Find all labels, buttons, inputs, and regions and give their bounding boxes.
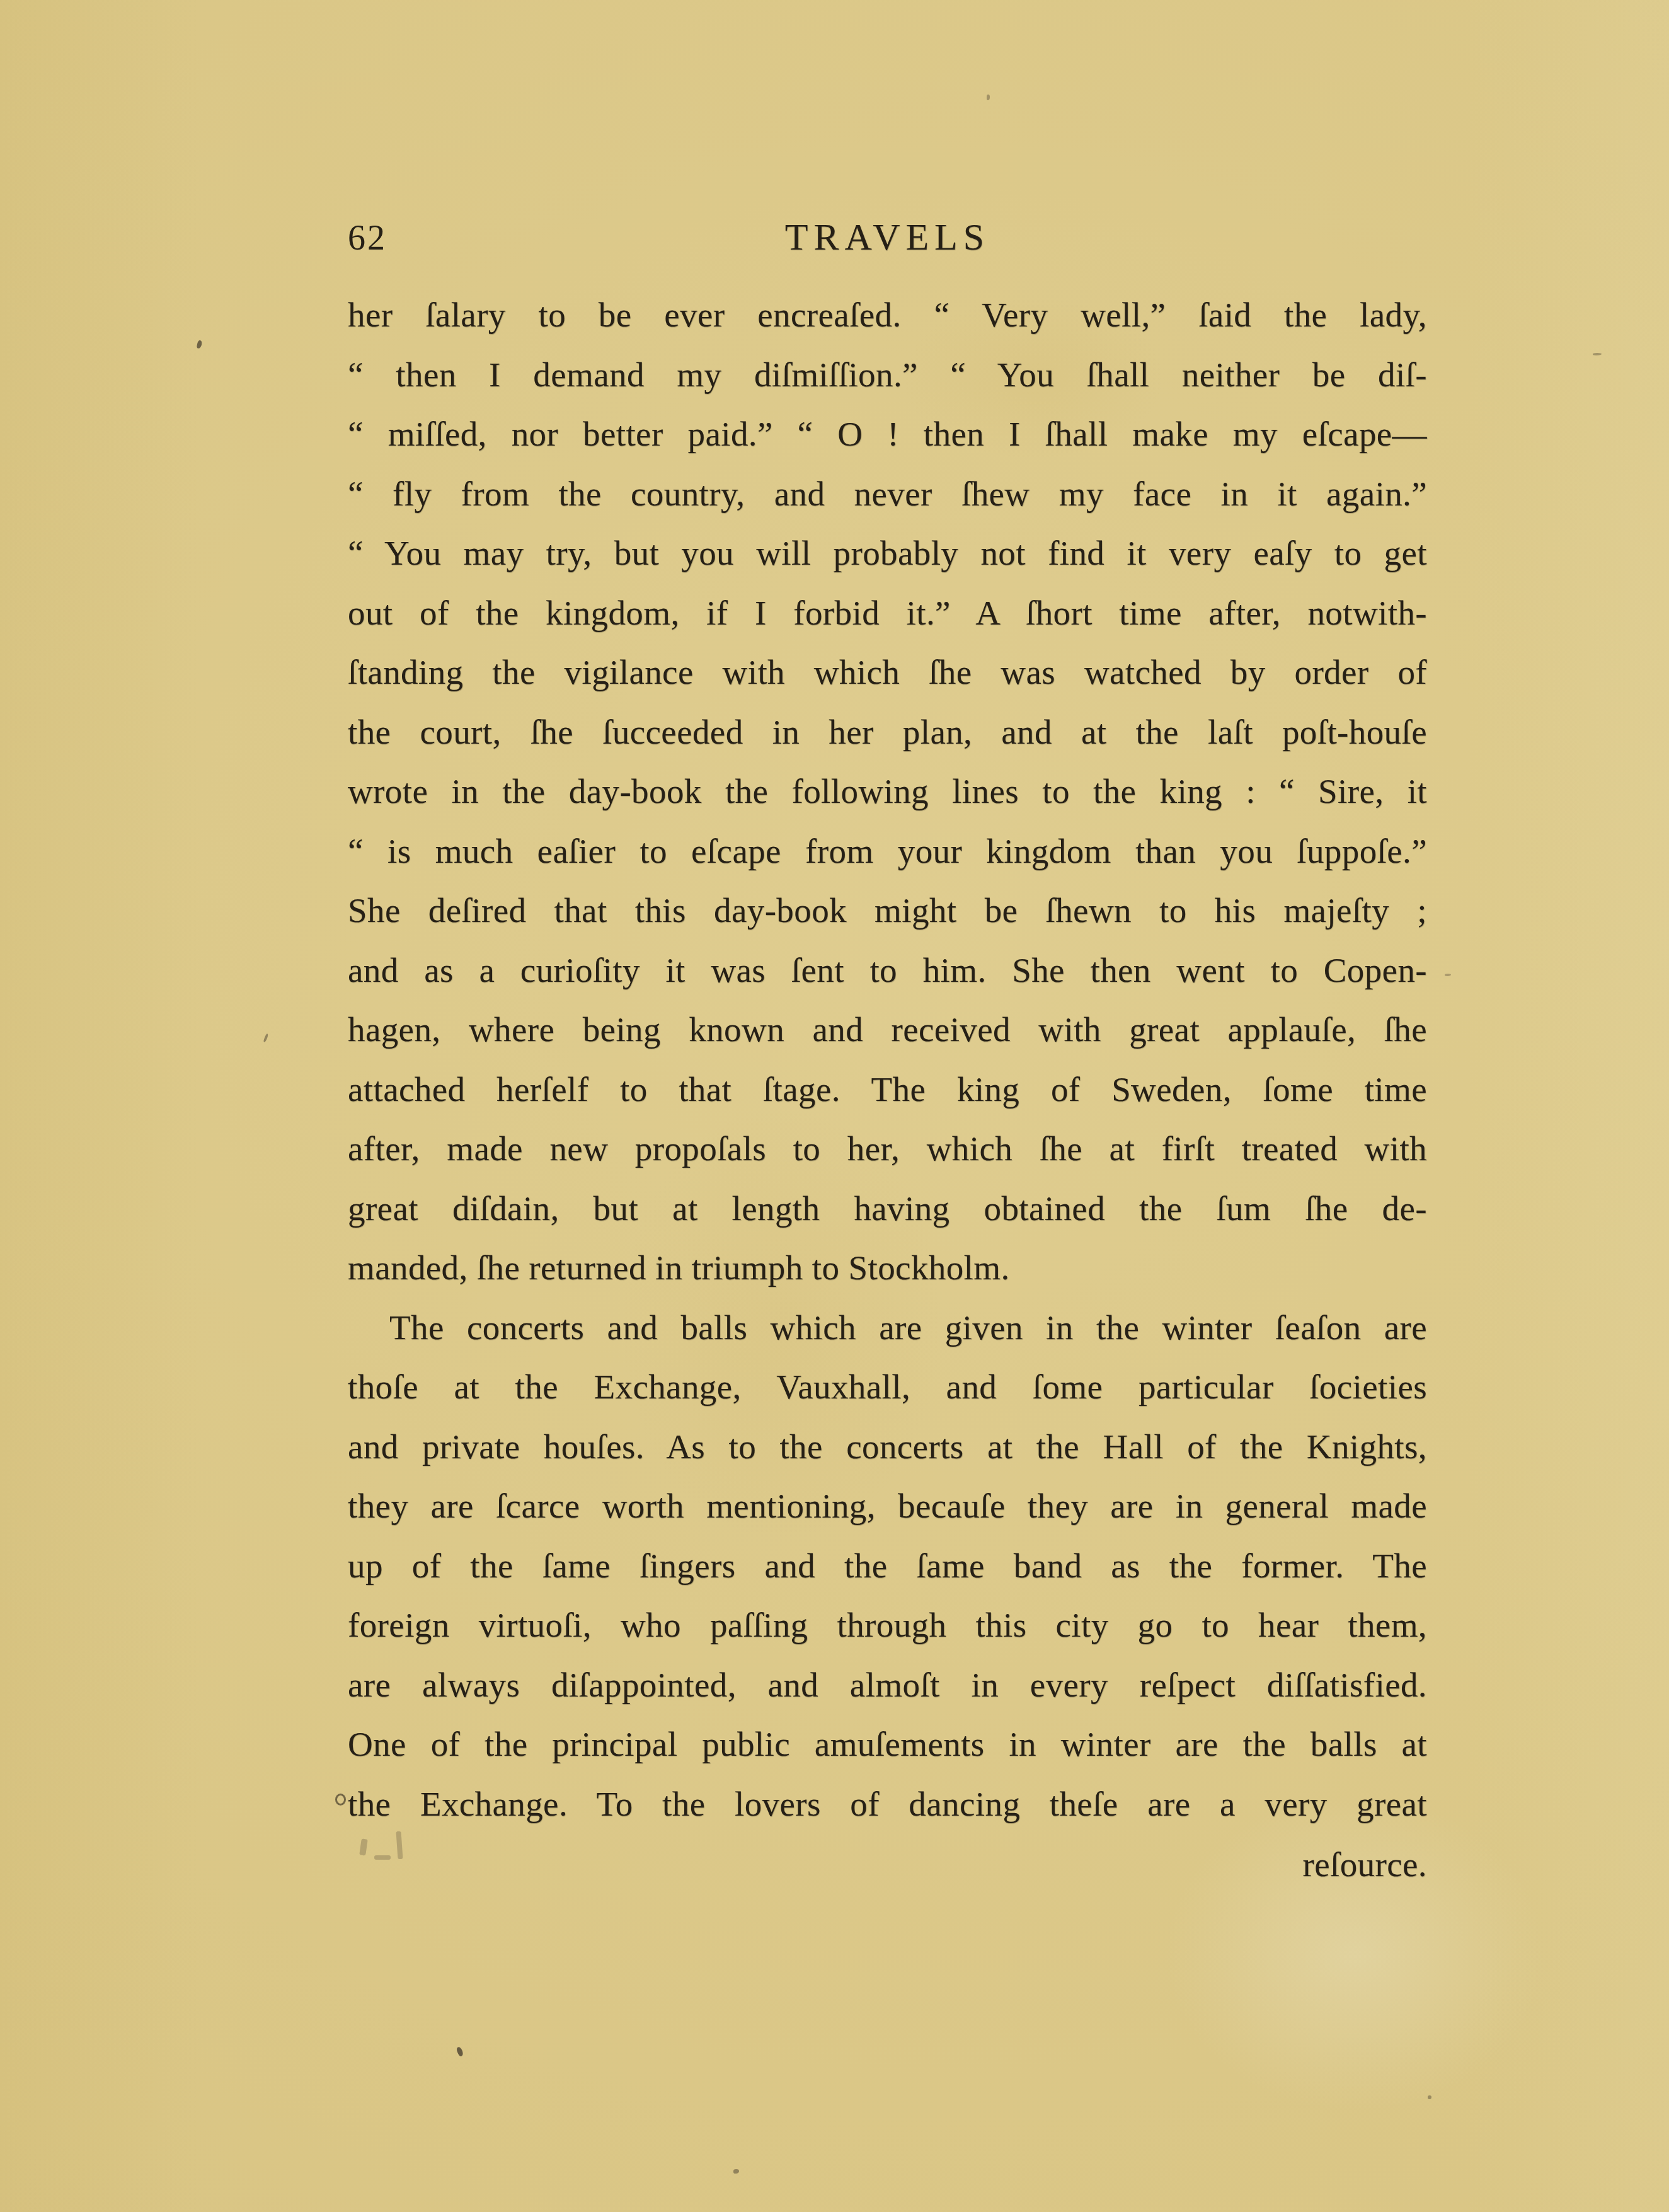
text-line: and private houſes. As to the concerts a… — [348, 1417, 1427, 1477]
text-line: “ fly from the country, and never ſhew m… — [348, 464, 1427, 524]
text-line: up of the ſame ſingers and the ſame band… — [348, 1536, 1427, 1596]
text-line: manded, ſhe returned in triumph to Stock… — [348, 1238, 1427, 1298]
ink-speck — [456, 2046, 464, 2057]
text-line: attached herſelf to that ſtage. The king… — [348, 1060, 1427, 1120]
text-line: foreign virtuoſi, who paſſing through th… — [348, 1596, 1427, 1656]
ink-speck — [1428, 2095, 1431, 2099]
text-line: She deſired that this day-book might be … — [348, 881, 1427, 941]
book-page: 62 TRAVELS her ſalary to be ever encreaſ… — [0, 0, 1669, 2212]
text-line: The concerts and balls which are given i… — [348, 1298, 1427, 1358]
text-line: hagen, where being known and received wi… — [348, 1000, 1427, 1060]
text-line: great diſdain, but at length having obta… — [348, 1179, 1427, 1239]
text-block: her ſalary to be ever encreaſed. “ Very … — [348, 285, 1427, 1834]
text-line: her ſalary to be ever encreaſed. “ Very … — [348, 285, 1427, 345]
ink-speck — [987, 95, 990, 100]
text-line: are always diſappointed, and almoſt in e… — [348, 1656, 1427, 1715]
text-line: ſtanding the vigilance with which ſhe wa… — [348, 643, 1427, 703]
text-line: One of the principal public amuſements i… — [348, 1715, 1427, 1775]
text-line: “ You may try, but you will probably not… — [348, 524, 1427, 584]
text-line: “ miſſed, nor better paid.” “ O ! then I… — [348, 405, 1427, 464]
ink-speck — [263, 1034, 269, 1043]
ink-speck — [733, 2169, 739, 2174]
text-line: “ then I demand my diſmiſſion.” “ You ſh… — [348, 345, 1427, 405]
text-line: “ is much eaſier to eſcape from your kin… — [348, 822, 1427, 882]
ink-speck — [197, 340, 203, 349]
text-line: out of the kingdom, if I forbid it.” A ſ… — [348, 584, 1427, 643]
text-line: after, made new propoſals to her, which … — [348, 1119, 1427, 1179]
text-line: wrote in the day-book the following line… — [348, 762, 1427, 822]
text-line: thoſe at the Exchange, Vauxhall, and ſom… — [348, 1357, 1427, 1417]
text-line: they are ſcarce worth mentioning, becauſ… — [348, 1477, 1427, 1536]
running-head: TRAVELS — [348, 218, 1427, 256]
text-line: the Exchange. To the lovers of dancing t… — [348, 1775, 1427, 1835]
ring-mark — [335, 1794, 346, 1806]
text-line: and as a curioſity it was ſent to him. S… — [348, 941, 1427, 1001]
ink-speck — [1593, 353, 1602, 355]
catchword: reſource. — [348, 1835, 1427, 1895]
ink-speck — [1445, 974, 1451, 976]
text-line: the court, ſhe ſucceeded in her plan, an… — [348, 703, 1427, 763]
